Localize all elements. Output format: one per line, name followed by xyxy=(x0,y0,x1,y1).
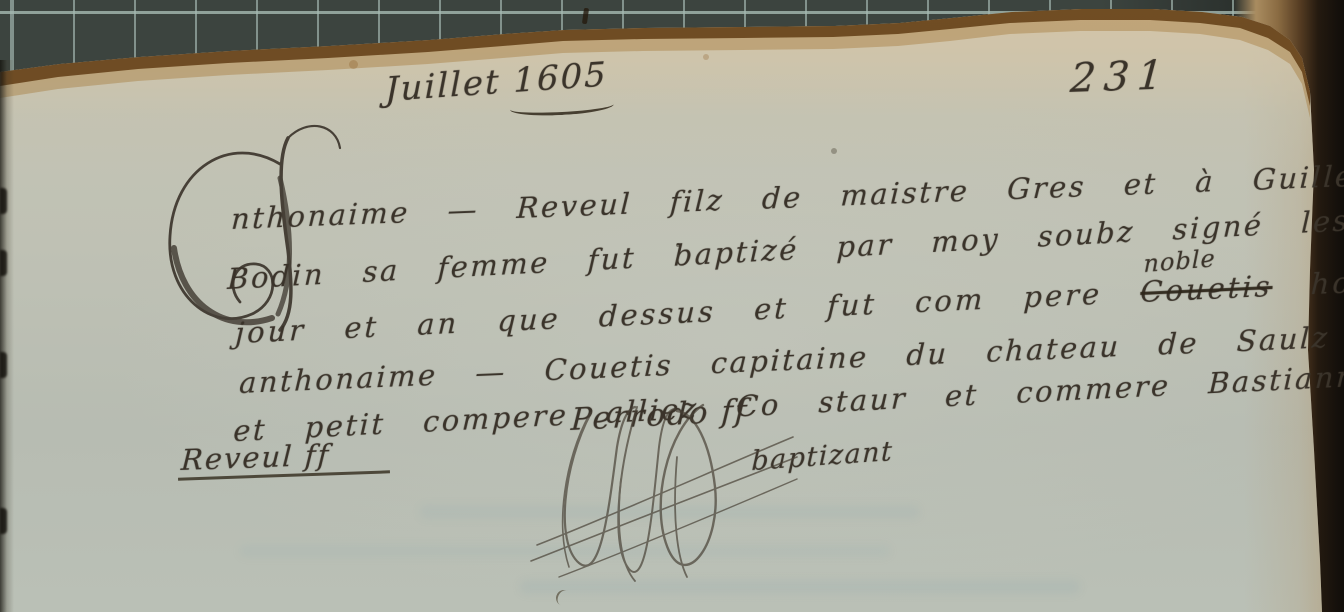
signature-flourish xyxy=(525,395,805,590)
binding-notch xyxy=(0,352,7,378)
manuscript-photo: Juillet 1605 231 nthonaime — Reveul filz… xyxy=(0,0,1344,612)
line-3-correction: noble Couetis xyxy=(1140,269,1274,309)
margin-note: Reveul ff xyxy=(180,438,331,477)
ink-spot xyxy=(831,148,837,154)
binding-notch xyxy=(0,188,7,214)
foxing-spot xyxy=(349,60,358,69)
foxing-spot xyxy=(703,54,709,60)
interlinear-insertion: noble xyxy=(1143,244,1215,278)
page-number: 231 xyxy=(1069,52,1173,102)
ink-spot xyxy=(676,243,680,247)
binding-notch xyxy=(0,508,7,534)
binding-notch xyxy=(0,250,7,276)
